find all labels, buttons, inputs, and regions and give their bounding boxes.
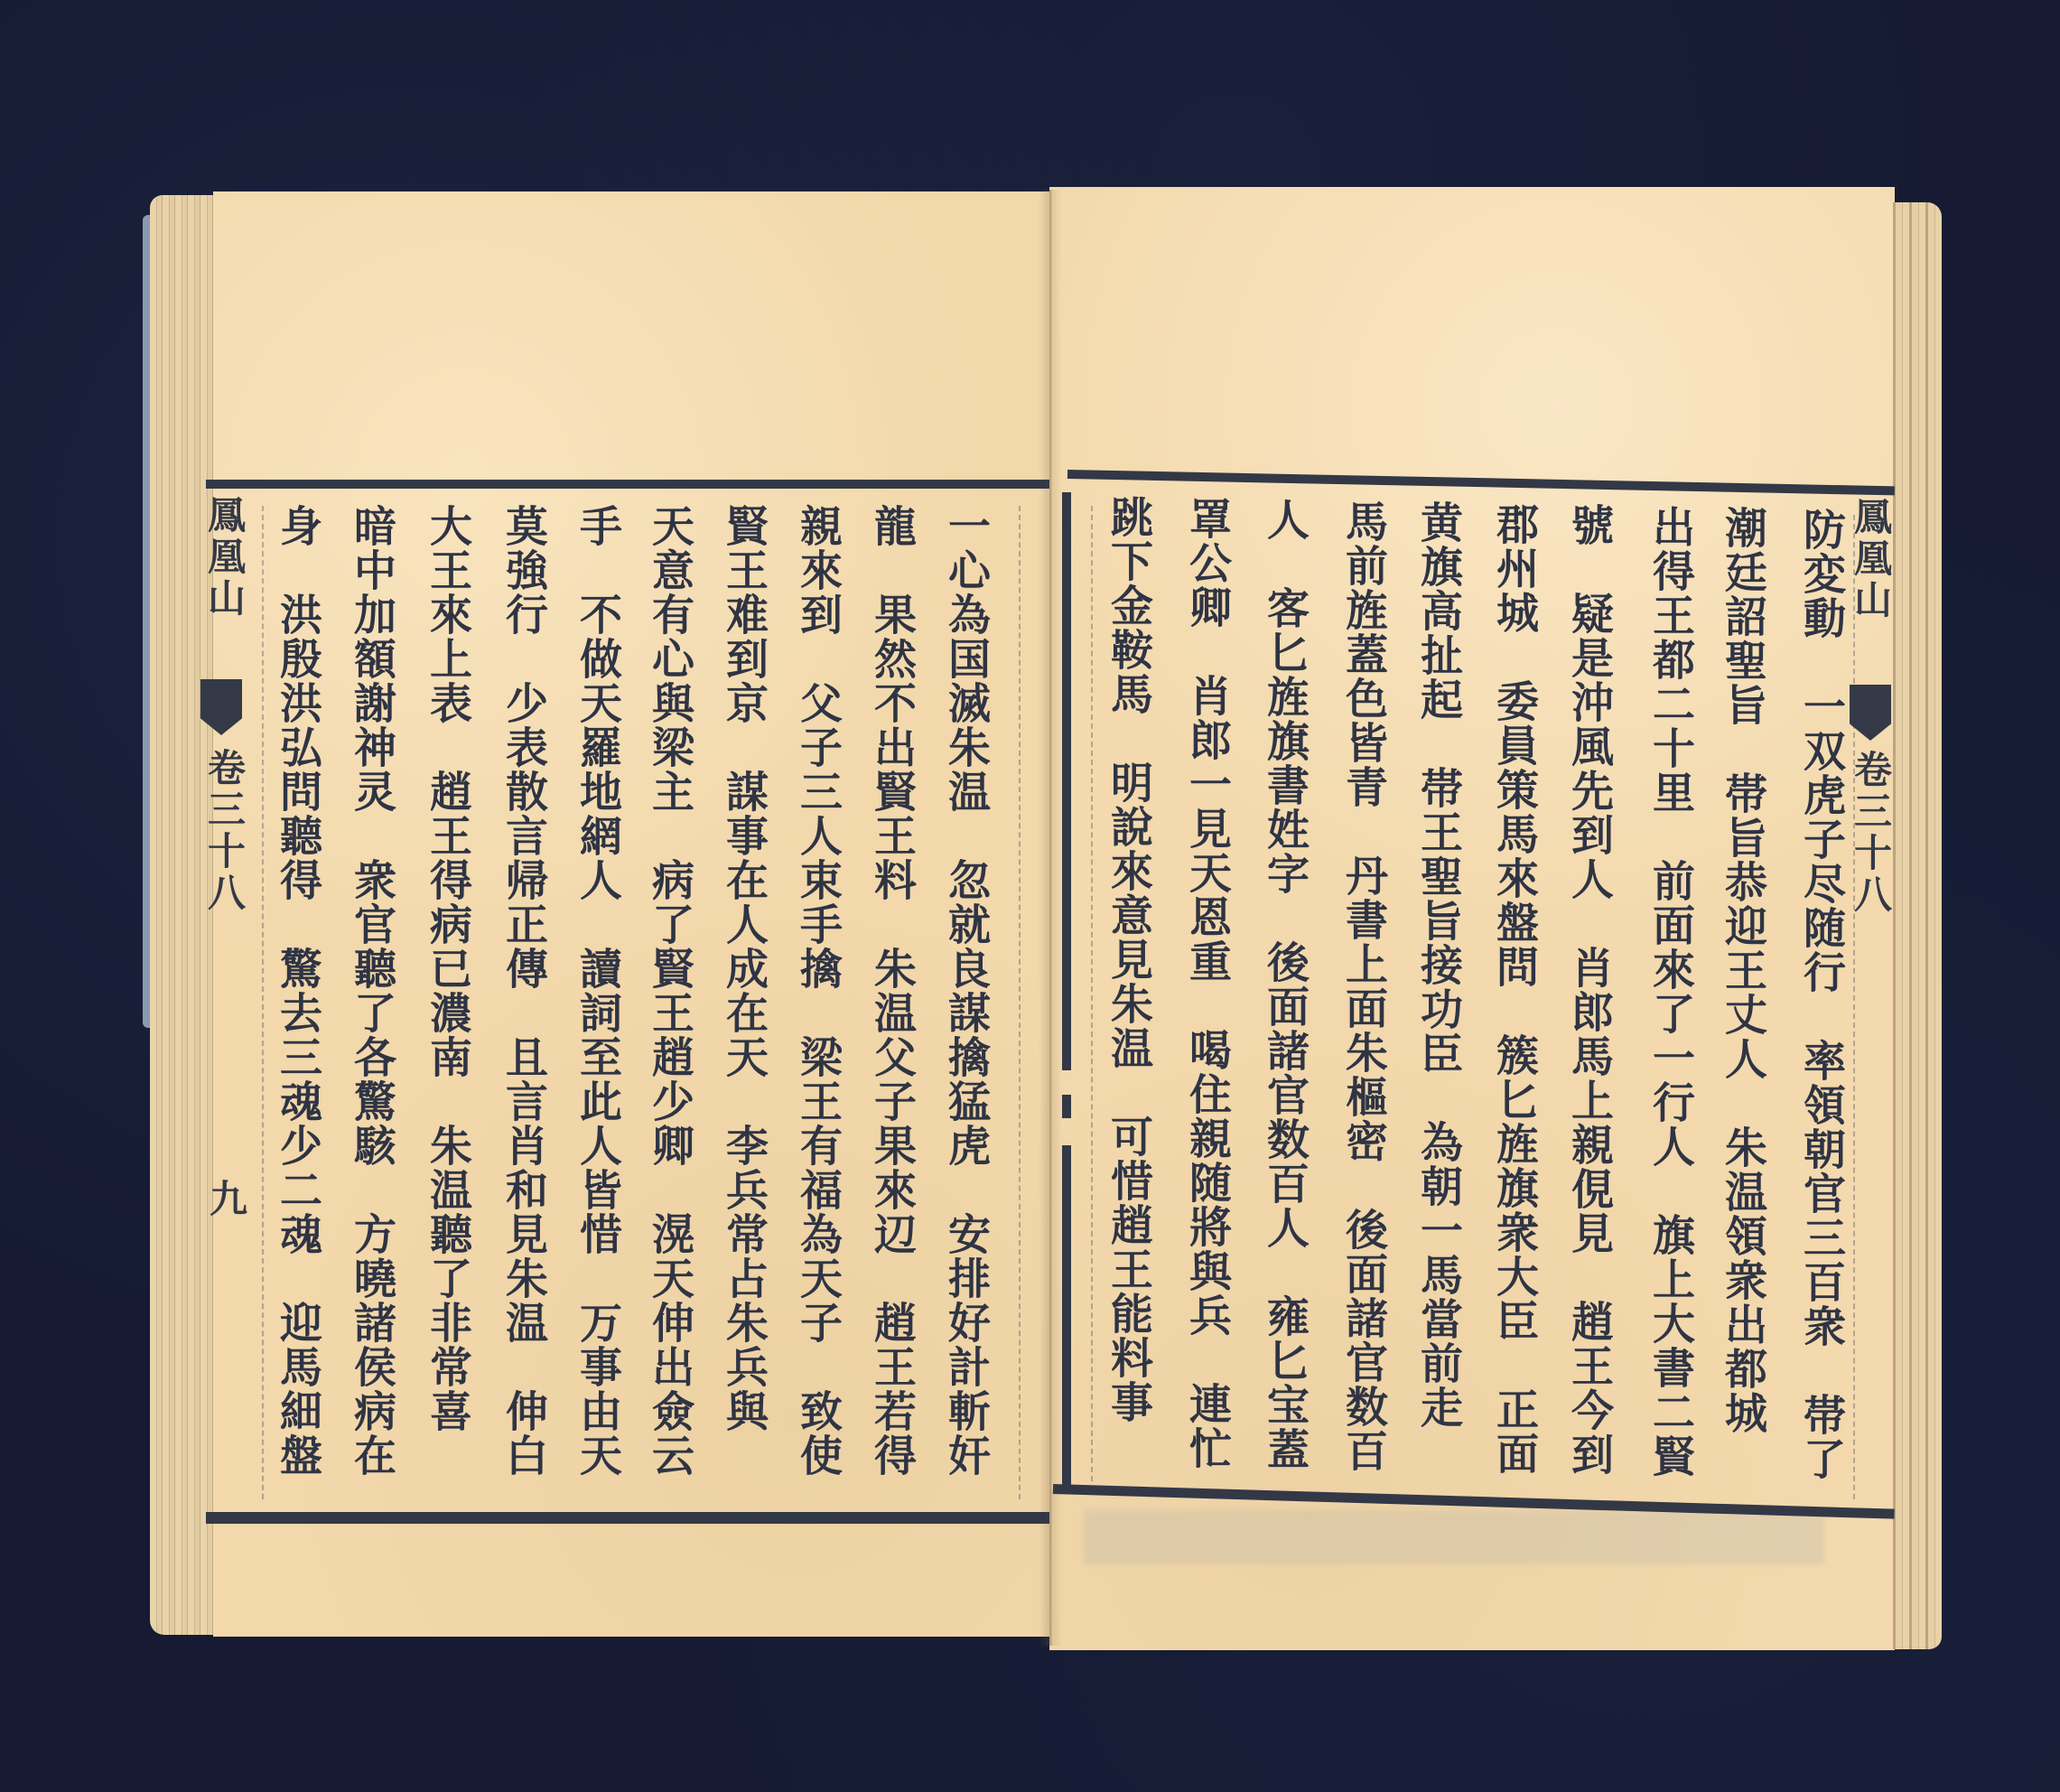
fishtail-mark-icon: [1850, 685, 1891, 741]
column-divider: [1091, 506, 1093, 1481]
column-divider: [1019, 506, 1021, 1499]
left-text-column-6: 手 不做天羅地網人 讀詞至此人皆惜 万事由天: [576, 504, 619, 1478]
right-margin: 鳳凰山 卷三十八: [1842, 479, 1894, 1021]
left-text-column-3: 親來到 父子三人束手擒 梁王有福為天子 致使: [797, 504, 839, 1478]
left-page-edges: [150, 195, 215, 1635]
left-text-column-2: 龍 果然不出賢王料 朱温父子果來辺 趙王若得: [871, 504, 913, 1478]
right-text-column-7: 馬前旌蓋色皆青 丹書上面朱樞密 後面諸官数百: [1342, 499, 1384, 1473]
right-text-column-1: 防変動 一双虎子尽随行 率領朝官三百衆 帯了: [1800, 508, 1842, 1481]
left-page: [213, 191, 1051, 1637]
right-text-column-8: 人 客匕旌旗書姓字 後面諸官数百人 雍匕宝蓋: [1263, 498, 1306, 1471]
left-margin-volume: 卷三十八: [205, 748, 243, 914]
right-text-column-4: 號 疑是沖風先到人 肖郎馬上親俔見 趙王今到: [1568, 503, 1610, 1477]
left-margin-book-title: 鳳凰山: [205, 495, 243, 620]
ink-bleed-through: [1084, 1510, 1824, 1564]
right-text-column-10: 跳下金鞍馬 明說來意見朱温 可惜趙王能料事: [1107, 495, 1150, 1424]
right-text-column-9: 罩公卿 肖郎一見天恩重 喝住親随將與兵 連忙: [1186, 497, 1228, 1470]
left-text-column-10: 身 洪殷洪弘問聽得 驚去三魂少二魂 迎馬細盤: [276, 504, 319, 1478]
left-text-column-9: 暗中加額謝神灵 衆官聽了各驚駭 方曉諸侯病在: [350, 504, 393, 1478]
left-text-column-4: 賢王难到京 謀事在人成在天 李兵常占朱兵與: [722, 504, 765, 1433]
right-page: [1049, 187, 1895, 1650]
left-text-column-8: 大王來上表 趙王得病已濃南 朱温聽了非常喜: [426, 504, 469, 1433]
right-margin-book-title: 鳳凰山: [1851, 497, 1889, 621]
right-margin-volume: 卷三十八: [1851, 750, 1889, 916]
left-frame-top-border: [206, 480, 1049, 489]
left-text-column-5: 天意有心與梁主 病了賢王趙少卿 滉天伸出僉云: [648, 504, 691, 1478]
right-text-column-5: 郡州城 委員策馬來盤問 簇匕旌旗衆大臣 正面: [1493, 502, 1535, 1476]
right-frame-inner-border: [1062, 1145, 1071, 1485]
right-frame-inner-border: [1062, 492, 1071, 1070]
book-gutter-fold: [1039, 190, 1062, 1646]
right-frame-inner-border: [1062, 1095, 1071, 1118]
right-text-column-6: 黄旗高扯起 帯王聖旨接功臣 為朝一馬當前走: [1417, 500, 1459, 1430]
right-page-edges: [1893, 202, 1942, 1649]
column-divider: [262, 506, 264, 1499]
left-frame-bottom-border: [206, 1512, 1049, 1524]
right-text-column-2: 潮廷詔聖旨 帯旨恭迎王丈人 朱温領衆出都城: [1721, 506, 1764, 1435]
left-text-column-7: 莫強行 少表散言帰正傳 且言肖和見朱温 伸白: [502, 504, 545, 1478]
left-text-column-1: 一心為国滅朱温 忽就良謀擒猛虎 安排好計斬奸: [945, 504, 987, 1478]
right-text-column-3: 出得王都二十里 前面來了一行人 旗上大書二賢: [1649, 505, 1692, 1479]
left-margin-page-number: 九: [207, 1179, 245, 1220]
